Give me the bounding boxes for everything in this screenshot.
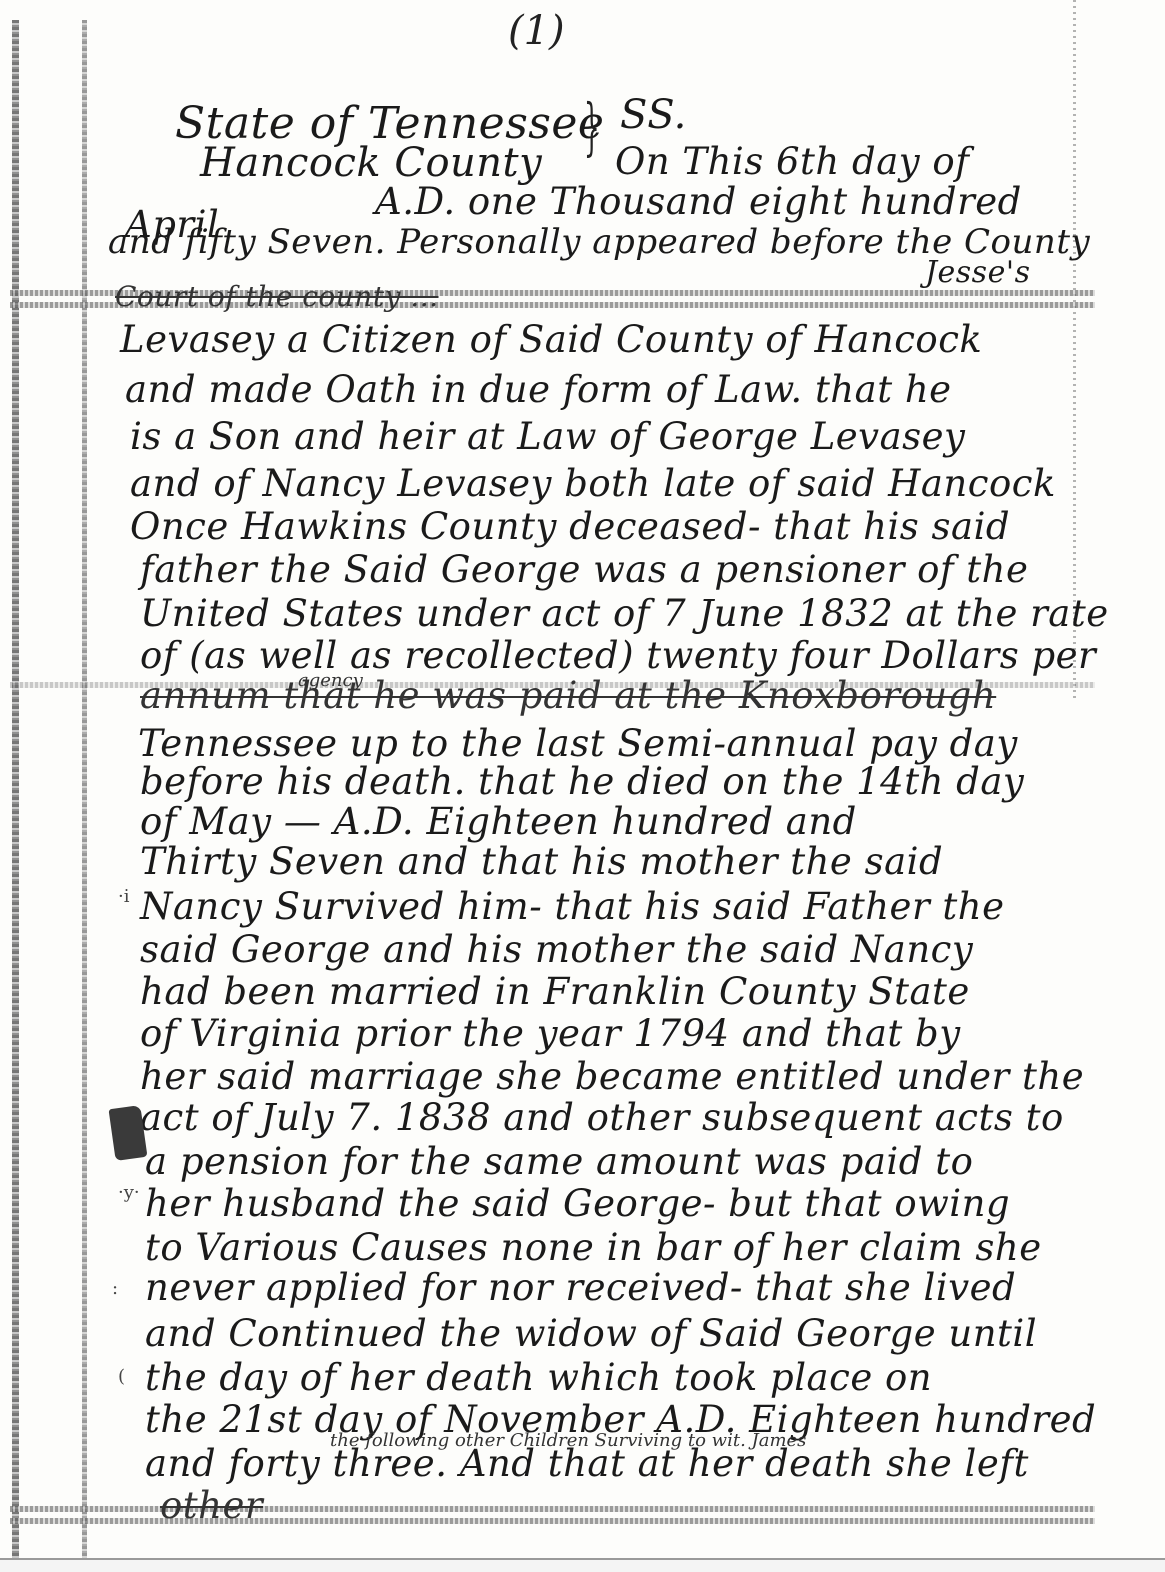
doc-line: and Continued the widow of Said George u… xyxy=(145,1312,1037,1355)
doc-line: Tennessee up to the last Semi-annual pay… xyxy=(138,722,1018,765)
doc-line: and of Nancy Levasey both late of said H… xyxy=(130,462,1056,505)
doc-line: never applied for nor received- that she… xyxy=(145,1266,1016,1309)
margin-mark: ·y· xyxy=(118,1182,140,1203)
doc-line-interlined: agency xyxy=(298,670,363,691)
doc-line-interlined: Jesse's xyxy=(925,255,1030,290)
doc-line: United States under act of 7 June 1832 a… xyxy=(140,592,1109,635)
doc-line: On This 6th day of xyxy=(615,140,969,183)
doc-line-struck: other xyxy=(160,1484,263,1527)
doc-line: her said marriage she became entitled un… xyxy=(140,1055,1084,1098)
margin-mark: ·i xyxy=(118,886,129,907)
doc-line: of Virginia prior the year 1794 and that… xyxy=(140,1012,961,1055)
left-margin-rule-outer xyxy=(12,20,19,1572)
document-page: (1) State of Tennessee SS. Hancock Count… xyxy=(0,0,1165,1560)
doc-line: of (as well as recollected) twenty four … xyxy=(140,634,1096,677)
doc-line-struck: Court of the county ... xyxy=(115,280,439,313)
doc-line: said George and his mother the said Nanc… xyxy=(140,928,973,971)
left-margin-rule-inner xyxy=(82,20,87,1572)
doc-line: is a Son and heir at Law of George Levas… xyxy=(130,415,965,458)
margin-mark: : xyxy=(112,1278,118,1299)
doc-line: a pension for the same amount was paid t… xyxy=(145,1140,973,1183)
doc-line: Thirty Seven and that his mother the sai… xyxy=(140,840,943,883)
doc-line: had been married in Franklin County Stat… xyxy=(140,970,970,1013)
doc-line-interlined: the following other Children Surviving t… xyxy=(330,1430,806,1451)
doc-line: to Various Causes none in bar of her cla… xyxy=(145,1226,1042,1269)
page-number: (1) xyxy=(508,8,565,54)
doc-line: her husband the said George- but that ow… xyxy=(145,1182,1010,1225)
page-bottom-edge xyxy=(0,1558,1165,1572)
doc-line: the day of her death which took place on xyxy=(145,1356,932,1399)
doc-line: father the Said George was a pensioner o… xyxy=(140,548,1028,591)
doc-line: Nancy Survived him- that his said Father… xyxy=(140,885,1005,928)
margin-mark: ( xyxy=(118,1366,125,1387)
doc-line: before his death. that he died on the 14… xyxy=(140,760,1024,803)
doc-line: A.D. one Thousand eight hundred xyxy=(375,180,1022,223)
doc-line: Levasey a Citizen of Said County of Hanc… xyxy=(120,318,982,361)
doc-line: and made Oath in due form of Law. that h… xyxy=(125,368,952,411)
doc-line-struck: annum that he was paid at the Knoxboroug… xyxy=(140,674,996,717)
doc-line: Once Hawkins County deceased- that his s… xyxy=(130,505,1010,548)
caption-ss: SS. xyxy=(620,92,687,138)
doc-line: of May — A.D. Eighteen hundred and xyxy=(140,800,857,843)
caption-brace: } xyxy=(584,96,600,158)
doc-line: act of July 7. 1838 and other subsequent… xyxy=(140,1096,1064,1139)
